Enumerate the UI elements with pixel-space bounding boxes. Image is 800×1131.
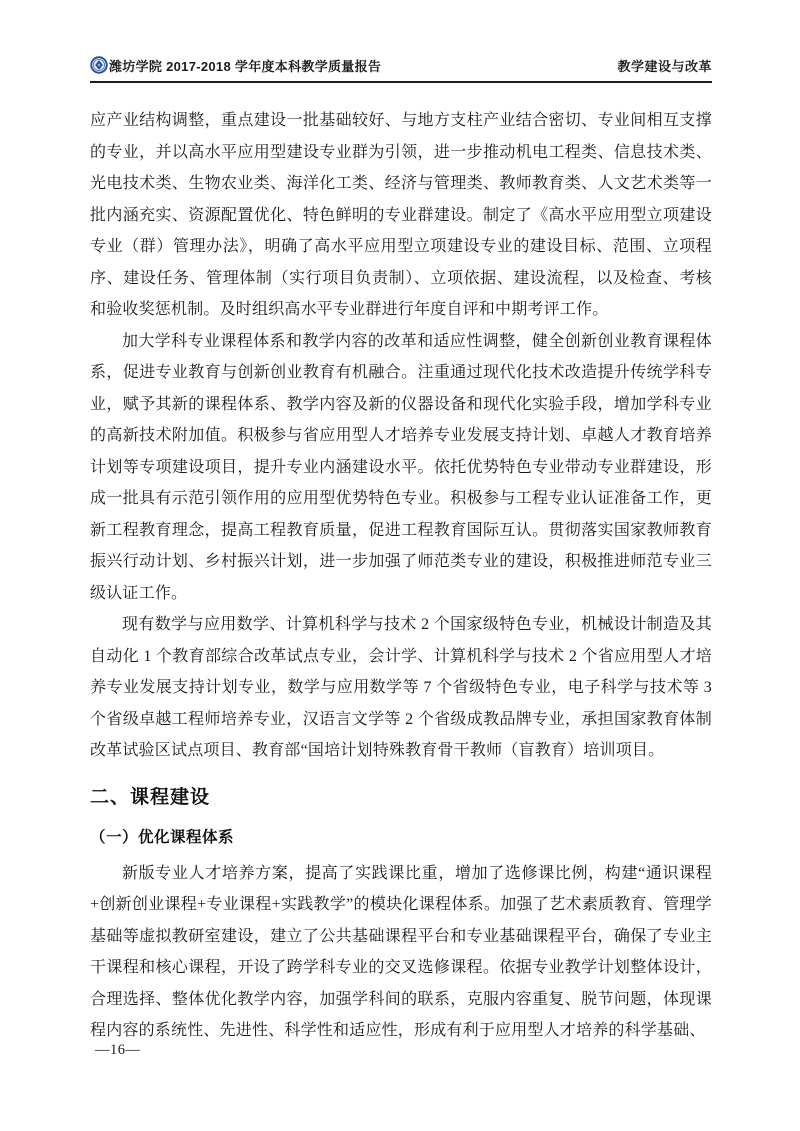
section-heading: 二、课程建设	[90, 784, 712, 812]
body-paragraph: 现有数学与应用数学、计算机科学与技术 2 个国家级特色专业，机械设计制造及其自动…	[90, 609, 712, 767]
body-paragraph: 加大学科专业课程体系和教学内容的改革和适应性调整，健全创新创业教育课程体系，促进…	[90, 326, 712, 610]
section-running-head: 教学建设与改革	[617, 56, 712, 75]
page-number: —16—	[95, 1042, 141, 1059]
page-header: 潍坊学院 2017-2018 学年度本科教学质量报告 教学建设与改革	[90, 56, 712, 83]
report-title: 潍坊学院 2017-2018 学年度本科教学质量报告	[109, 56, 381, 75]
university-seal-icon	[90, 56, 108, 74]
header-left: 潍坊学院 2017-2018 学年度本科教学质量报告	[90, 56, 381, 75]
body-paragraph: 应产业结构调整，重点建设一批基础较好、与地方支柱产业结合密切、专业间相互支撑的专…	[90, 105, 712, 326]
body-paragraph: 新版专业人才培养方案，提高了实践课比重，增加了选修课比例，构建“通识课程+创新创…	[90, 858, 712, 1047]
page-content: 应产业结构调整，重点建设一批基础较好、与地方支柱产业结合密切、专业间相互支撑的专…	[90, 105, 712, 1047]
subsection-heading: （一）优化课程体系	[90, 826, 712, 849]
document-page: 潍坊学院 2017-2018 学年度本科教学质量报告 教学建设与改革 应产业结构…	[0, 0, 800, 1131]
